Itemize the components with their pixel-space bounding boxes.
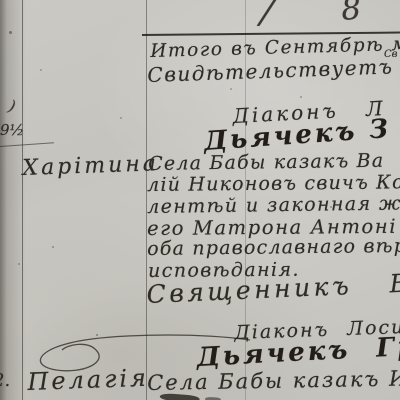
margin-bracket-mark: ) [6, 96, 18, 116]
paper-speck [120, 117, 122, 119]
paper-speck [300, 96, 302, 98]
paper-speck [9, 31, 12, 34]
paper-speck [330, 206, 332, 208]
top-pen-stroke-left: / [259, 0, 275, 33]
record-line: оба православнаго вѣр [147, 235, 400, 260]
summary-superscript: Св [384, 49, 397, 60]
paper-speck [40, 69, 42, 71]
document-scan: / 8 Итого въ Сентябрѣ мѣся Свидѣтельству… [0, 0, 400, 400]
entry2-name: Пелагія [27, 364, 149, 396]
paper-speck [52, 246, 54, 248]
paper-speck [18, 263, 20, 265]
paper-speck [230, 88, 232, 90]
record-line: Села Бабы казакъ Ив [147, 366, 400, 395]
paper-speck [352, 382, 354, 384]
margin-number: 9½ [0, 121, 24, 139]
margin-row-rule [0, 142, 54, 147]
top-pen-stroke-right: 8 [340, 0, 362, 28]
paper-speck [96, 334, 98, 336]
entry2-number: 2. [0, 370, 10, 391]
entry1-name: Харітина [22, 151, 159, 181]
